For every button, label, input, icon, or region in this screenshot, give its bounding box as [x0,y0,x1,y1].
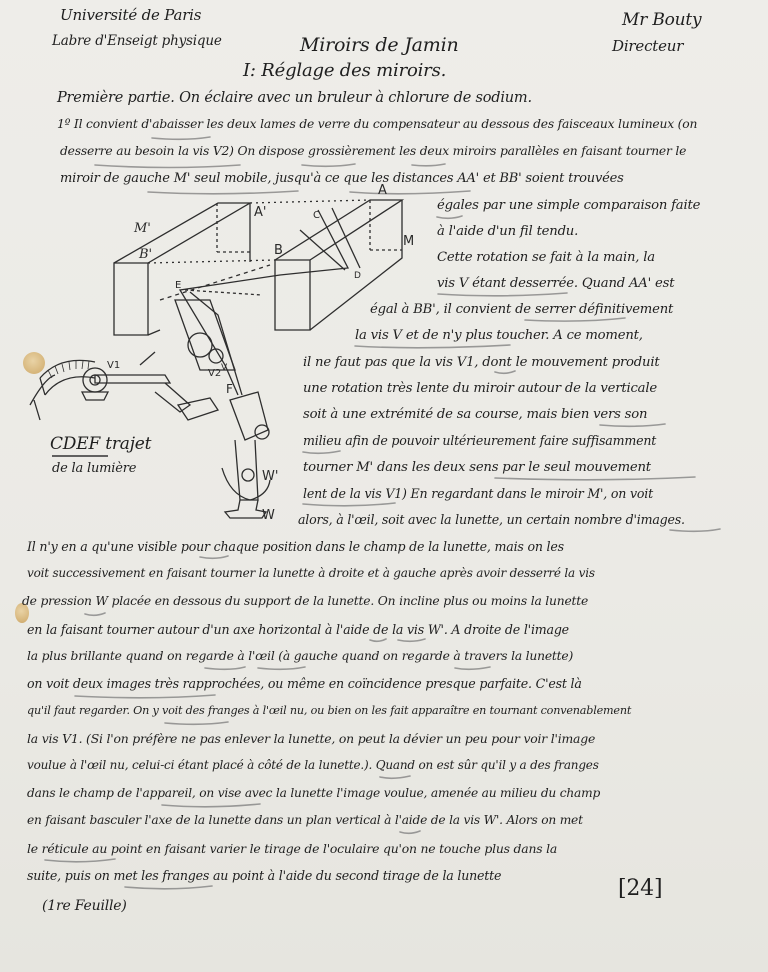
diagram-caption-line2: de la lumière [52,461,136,476]
label-A-prime: A' [254,205,266,220]
label-C: C [313,210,320,221]
label-V2: V2 [208,368,221,379]
manuscript-page: Université de Paris Labre d'Enseigt phys… [0,0,768,972]
label-W-prime: W' [262,469,278,484]
label-E: E [175,280,181,291]
label-B-prime: B' [138,247,152,262]
label-B: B [274,243,283,258]
label-V1: V1 [107,360,120,371]
label-V: V [221,363,228,373]
label-D: D [354,271,361,281]
label-M: M [403,234,414,249]
jamin-interferometer-diagram: A A' M M' B' B C D E F V2 V V1 W' W [0,0,768,972]
diagram-caption-text: CDEF trajet [50,434,151,454]
label-A: A [378,183,387,198]
label-W: W [262,508,275,523]
diagram-caption-line1: CDEF trajet [50,434,151,454]
label-F: F [226,382,233,396]
label-M-prime: M' [133,221,151,236]
